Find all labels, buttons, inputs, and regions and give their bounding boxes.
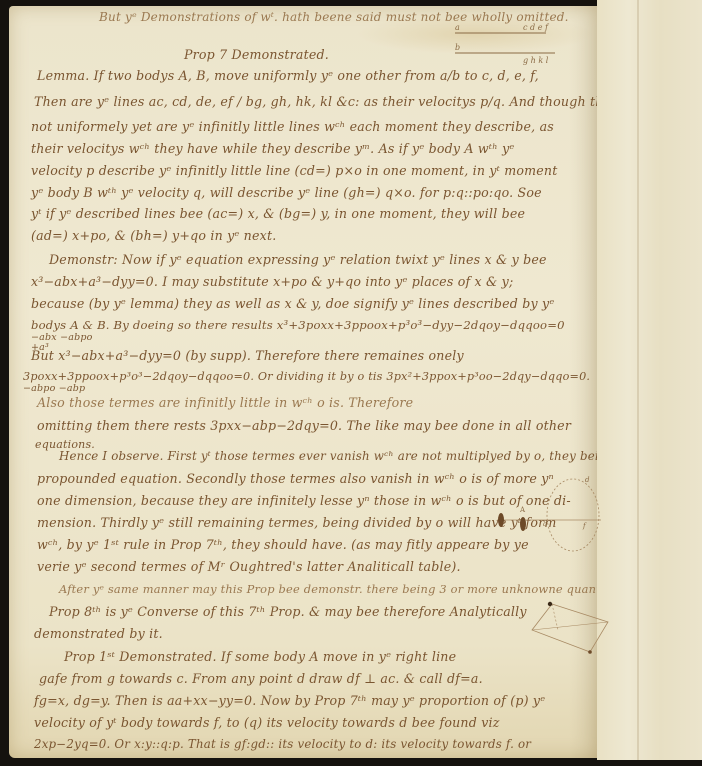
text-line: Hence I observe. First yᵗ those termes e… — [59, 449, 630, 463]
text-line: one dimension, because they are infinite… — [37, 493, 571, 508]
text-line: Prop 1ˢᵗ Demonstrated. If some body A mo… — [64, 649, 456, 664]
text-line: Prop 8ᵗʰ is yᵉ Converse of this 7ᵗʰ Prop… — [49, 604, 527, 619]
section-title: Prop 7 Demonstrated. — [184, 47, 329, 62]
text-line: Also those termes are infinitly little i… — [37, 395, 413, 410]
text-line: 3poxx+3ppoox+p³o³−2dqoy−dqqoo=0. Or divi… — [23, 370, 590, 383]
folded-paper-strip — [597, 0, 702, 760]
fold-crease — [637, 0, 639, 760]
svg-text:g h k l: g h k l — [523, 56, 549, 65]
manuscript-page: But yᵉ Demonstrations of wᵗ. hath beene … — [9, 6, 597, 758]
text-line: omitting them there rests 3pxx−abp−2dqy=… — [37, 418, 571, 433]
text-line: Then are yᵉ lines ac, cd, de, ef / bg, g… — [34, 94, 658, 109]
text-line: But x³−abx+a³−dyy=0 (by supp). Therefore… — [31, 348, 464, 363]
text-line: (ad=) x+po, & (bh=) y+qo in yᵉ next. — [31, 228, 276, 243]
lines-diagram: a b c d e f g h k l — [453, 22, 563, 66]
svg-text:a: a — [543, 520, 547, 528]
svg-text:a: a — [455, 23, 460, 32]
text-line: yᵗ if yᵉ described lines bee (ac=) x, & … — [31, 206, 525, 221]
text-line-subscript: −abpo −abp — [23, 383, 85, 394]
text-line: velocity p describe yᵉ infinitly little … — [31, 163, 558, 178]
text-line: velocity of yᵗ body towards f, to (q) it… — [34, 715, 500, 730]
text-line: 2xp−2yq=0. Or x:y::q:p. That is gf:gd:: … — [34, 737, 531, 751]
text-line: bodys A & B. By doeing so there results … — [31, 318, 565, 332]
svg-text:c d e f: c d e f — [523, 23, 550, 32]
text-line: their velocitys wᶜʰ they have while they… — [31, 141, 514, 156]
circle-diagram: A a f d — [495, 470, 605, 560]
text-line: Demonstr: Now if yᵉ equation expressing … — [49, 252, 547, 267]
svg-text:d: d — [585, 476, 590, 484]
text-line: x³−abx+a³−dyy=0. I may substitute x+po &… — [31, 274, 513, 289]
text-line: propounded equation. Secondly those term… — [37, 471, 554, 486]
svg-text:f: f — [582, 522, 587, 530]
text-line: not uniformely yet are yᵉ infinitly litt… — [31, 119, 554, 134]
text-line: After yᵉ same manner may this Prop bee d… — [59, 582, 659, 596]
text-line: demonstrated by it. — [34, 626, 163, 641]
text-line: gafe from g towards c. From any point d … — [39, 671, 483, 686]
text-line: Lemma. If two bodys A, B, move uniformly… — [37, 68, 539, 83]
text-line: fg=x, dg=y. Then is aa+xx−yy=0. Now by P… — [34, 693, 545, 708]
parallelogram-diagram — [530, 600, 610, 660]
text-line: yᵉ body B wᵗʰ yᵉ velocity q, will descri… — [31, 185, 542, 200]
text-line: because (by yᵉ lemma) they as well as x … — [31, 296, 554, 311]
svg-text:b: b — [455, 43, 460, 52]
text-line: mension. Thirdly yᵉ still remaining term… — [37, 515, 557, 530]
svg-text:A: A — [519, 506, 526, 514]
text-line: wᶜʰ, by yᵉ 1ˢᵗ rule in Prop 7ᵗʰ, they sh… — [37, 537, 529, 552]
text-line: verie yᵉ second termes of Mʳ Oughtred's … — [37, 559, 461, 574]
